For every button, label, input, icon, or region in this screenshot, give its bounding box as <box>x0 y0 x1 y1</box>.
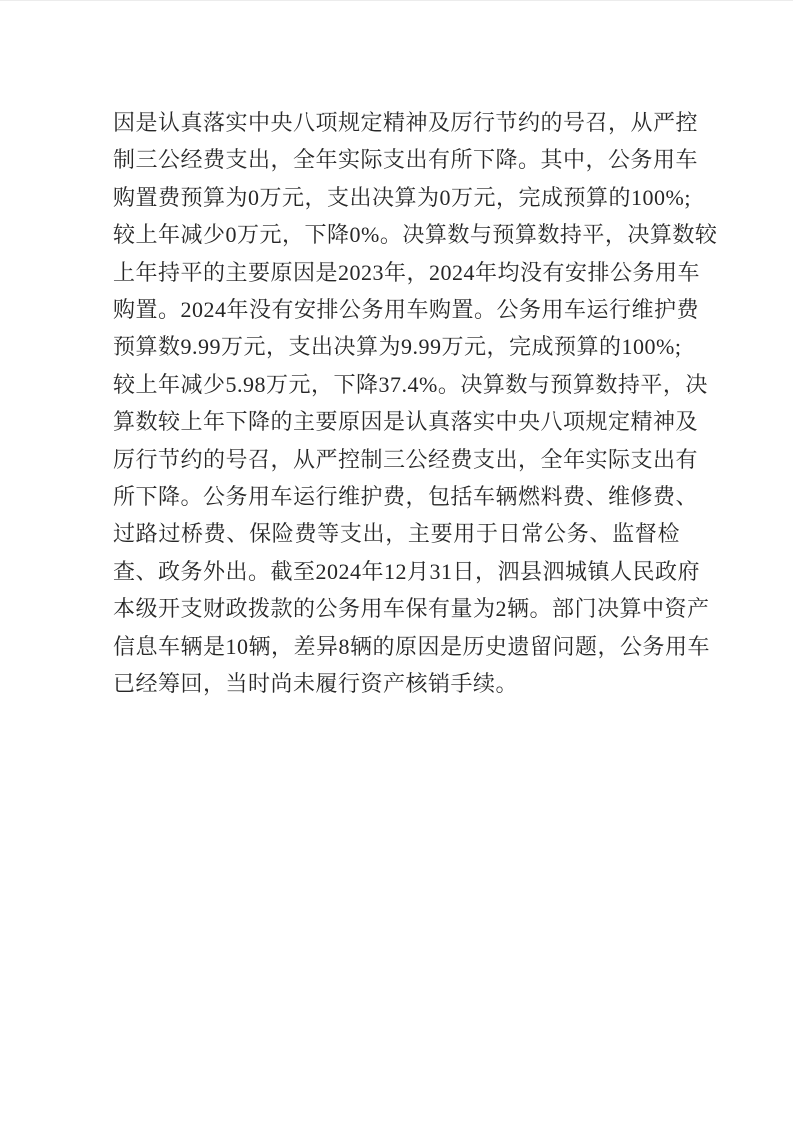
text-line: 购置费预算为0万元，支出决算为0万元，完成预算的100%; <box>113 179 680 216</box>
text-line: 预算数9.99万元，支出决算为9.99万元，完成预算的100%; <box>113 328 680 365</box>
text-line: 上年持平的主要原因是2023年，2024年均没有安排公务用车 <box>113 254 680 291</box>
text-line: 因是认真落实中央八项规定精神及厉行节约的号召，从严控 <box>113 104 680 141</box>
document-page: 因是认真落实中央八项规定精神及厉行节约的号召，从严控 制三公经费支出，全年实际支… <box>0 0 793 1122</box>
text-line: 制三公经费支出，全年实际支出有所下降。其中，公务用车 <box>113 141 680 178</box>
text-line: 购置。2024年没有安排公务用车购置。公务用车运行维护费 <box>113 291 680 328</box>
text-line: 本级开支财政拨款的公务用车保有量为2辆。部门决算中资产 <box>113 590 680 627</box>
text-line: 已经筹回，当时尚未履行资产核销手续。 <box>113 665 680 702</box>
text-line: 信息车辆是10辆，差异8辆的原因是历史遗留问题，公务用车 <box>113 628 680 665</box>
text-line: 算数较上年下降的主要原因是认真落实中央八项规定精神及 <box>113 403 680 440</box>
text-line: 较上年减少5.98万元，下降37.4%。决算数与预算数持平，决 <box>113 366 680 403</box>
body-paragraph: 因是认真落实中央八项规定精神及厉行节约的号召，从严控 制三公经费支出，全年实际支… <box>113 104 680 703</box>
text-line: 较上年减少0万元，下降0%。决算数与预算数持平，决算数较 <box>113 216 680 253</box>
text-line: 厉行节约的号召，从严控制三公经费支出，全年实际支出有 <box>113 441 680 478</box>
text-line: 查、政务外出。截至2024年12月31日，泗县泗城镇人民政府 <box>113 553 680 590</box>
text-line: 过路过桥费、保险费等支出，主要用于日常公务、监督检 <box>113 515 680 552</box>
text-line: 所下降。公务用车运行维护费，包括车辆燃料费、维修费、 <box>113 478 680 515</box>
